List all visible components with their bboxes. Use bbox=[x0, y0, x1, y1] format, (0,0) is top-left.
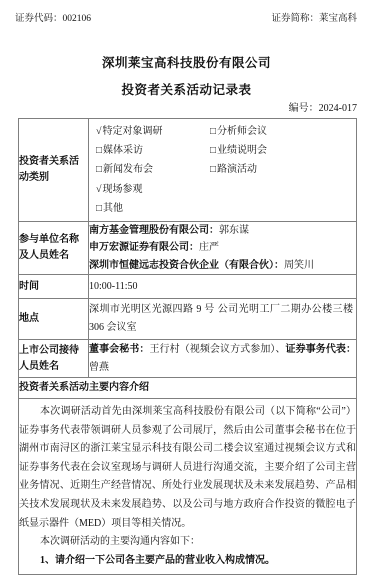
checkbox-option: □业绩说明会 bbox=[210, 141, 356, 160]
participant-line: 南方基金管理股份有限公司：郭东谋 bbox=[89, 222, 356, 239]
checkbox-empty-icon: □ bbox=[96, 164, 102, 175]
table-row-content-header: 投资者关系活动主要内容介绍 bbox=[19, 378, 357, 399]
time-label: 时间 bbox=[19, 275, 89, 299]
content-body: 本次调研活动首先由深圳莱宝高科技股份有限公司（以下简称“公司”）证券事务代表带领… bbox=[19, 399, 357, 575]
host-name: 曾燕 bbox=[89, 362, 109, 373]
checkbox-option: □新闻发布会 bbox=[96, 160, 210, 179]
checkbox-option-label: 路演活动 bbox=[217, 164, 257, 175]
checkbox-option-label: 现场参观 bbox=[103, 184, 143, 195]
document-topline: 证券代码：002106 证券简称：莱宝高科 bbox=[0, 0, 373, 25]
hosts-label: 上市公司接待人员姓名 bbox=[19, 340, 89, 378]
activity-options-col-right: □分析师会议□业绩说明会□路演活动 bbox=[210, 122, 356, 218]
checkbox-option: □其他 bbox=[96, 199, 210, 218]
table-row-content-body: 本次调研活动首先由深圳莱宝高科技股份有限公司（以下简称“公司”）证券事务代表带领… bbox=[19, 399, 357, 575]
host-name: 王行村（视频会议方式参加）、 bbox=[149, 344, 285, 355]
checkmark-icon: √ bbox=[96, 184, 102, 195]
time-value: 10:00-11:50 bbox=[89, 275, 357, 299]
checkbox-option: √特定对象调研 bbox=[96, 122, 210, 141]
participant-line: 深圳市恒健远志投资合伙企业（有限合伙）：周笑川 bbox=[89, 257, 356, 274]
participants-list: 南方基金管理股份有限公司：郭东谋申万宏源证券有限公司：庄严深圳市恒健远志投资合伙… bbox=[89, 222, 357, 275]
checkbox-empty-icon: □ bbox=[96, 145, 102, 156]
checkbox-option-label: 业绩说明会 bbox=[217, 145, 267, 156]
hosts-value: 董事会秘书：王行村（视频会议方式参加）、证券事务代表：曾燕 bbox=[89, 340, 357, 378]
table-row-hosts: 上市公司接待人员姓名 董事会秘书：王行村（视频会议方式参加）、证券事务代表：曾燕 bbox=[19, 340, 357, 378]
activity-options-col-left: √特定对象调研□媒体采访□新闻发布会√现场参观□其他 bbox=[96, 122, 210, 218]
checkbox-empty-icon: □ bbox=[210, 164, 216, 175]
content-paragraph: 本次调研活动首先由深圳莱宝高科技股份有限公司（以下简称“公司”）证券事务代表带领… bbox=[19, 403, 356, 533]
checkbox-option-label: 新闻发布会 bbox=[103, 164, 153, 175]
checkbox-option: √现场参观 bbox=[96, 180, 210, 199]
company-title: 深圳莱宝高科技股份有限公司 bbox=[0, 56, 373, 71]
host-role: 证券事务代表： bbox=[286, 344, 356, 355]
checkbox-option-label: 分析师会议 bbox=[217, 126, 267, 137]
checkbox-option-label: 其他 bbox=[103, 203, 123, 214]
checkmark-icon: √ bbox=[96, 126, 102, 137]
document-page: 证券代码：002106 证券简称：莱宝高科 深圳莱宝高科技股份有限公司 投资者关… bbox=[0, 0, 373, 586]
participant-org: 申万宏源证券有限公司： bbox=[89, 242, 199, 253]
stock-code: 证券代码：002106 bbox=[15, 13, 91, 25]
document-number: 编号：2024-017 bbox=[0, 102, 357, 115]
checkbox-option-label: 媒体采访 bbox=[103, 145, 143, 156]
table-row-location: 地点 深圳市光明区光源四路 9 号 公司光明工厂二期办公楼三楼 306 会议室 bbox=[19, 299, 357, 340]
participant-person: 庄严 bbox=[199, 242, 219, 253]
location-label: 地点 bbox=[19, 299, 89, 340]
participant-org: 南方基金管理股份有限公司： bbox=[89, 225, 219, 236]
table-row-activity-type: 投资者关系活动类别 √特定对象调研□媒体采访□新闻发布会√现场参观□其他 □分析… bbox=[19, 119, 357, 222]
stock-short-name: 证券简称：莱宝高科 bbox=[271, 13, 357, 25]
table-row-participants: 参与单位名称及人员姓名 南方基金管理股份有限公司：郭东谋申万宏源证券有限公司：庄… bbox=[19, 222, 357, 275]
record-table: 投资者关系活动类别 √特定对象调研□媒体采访□新闻发布会√现场参观□其他 □分析… bbox=[18, 118, 357, 575]
activity-type-options-cell: √特定对象调研□媒体采访□新闻发布会√现场参观□其他 □分析师会议□业绩说明会□… bbox=[89, 119, 357, 222]
participant-org: 深圳市恒健远志投资合伙企业（有限合伙）： bbox=[89, 260, 284, 271]
checkbox-option: □分析师会议 bbox=[210, 122, 356, 141]
activity-options: √特定对象调研□媒体采访□新闻发布会√现场参观□其他 □分析师会议□业绩说明会□… bbox=[89, 119, 356, 221]
participant-line: 申万宏源证券有限公司：庄严 bbox=[89, 239, 356, 256]
activity-type-label: 投资者关系活动类别 bbox=[19, 119, 89, 222]
content-paragraph: 本次调研活动的主要沟通内容如下： bbox=[19, 533, 356, 552]
checkbox-option: □媒体采访 bbox=[96, 141, 210, 160]
host-role: 董事会秘书： bbox=[89, 344, 149, 355]
participant-person: 周笑川 bbox=[284, 260, 314, 271]
document-title: 投资者关系活动记录表 bbox=[0, 83, 373, 98]
checkbox-empty-icon: □ bbox=[210, 145, 216, 156]
checkbox-option: □路演活动 bbox=[210, 160, 356, 179]
participants-label: 参与单位名称及人员姓名 bbox=[19, 222, 89, 275]
checkbox-empty-icon: □ bbox=[210, 126, 216, 137]
content-section-header: 投资者关系活动主要内容介绍 bbox=[19, 378, 357, 399]
participant-person: 郭东谋 bbox=[219, 225, 249, 236]
checkbox-empty-icon: □ bbox=[96, 203, 102, 214]
content-paragraph: 1、请介绍一下公司各主要产品的营业收入构成情况。 bbox=[19, 552, 356, 571]
location-value: 深圳市光明区光源四路 9 号 公司光明工厂二期办公楼三楼 306 会议室 bbox=[89, 299, 357, 340]
table-row-time: 时间 10:00-11:50 bbox=[19, 275, 357, 299]
checkbox-option-label: 特定对象调研 bbox=[103, 126, 163, 137]
